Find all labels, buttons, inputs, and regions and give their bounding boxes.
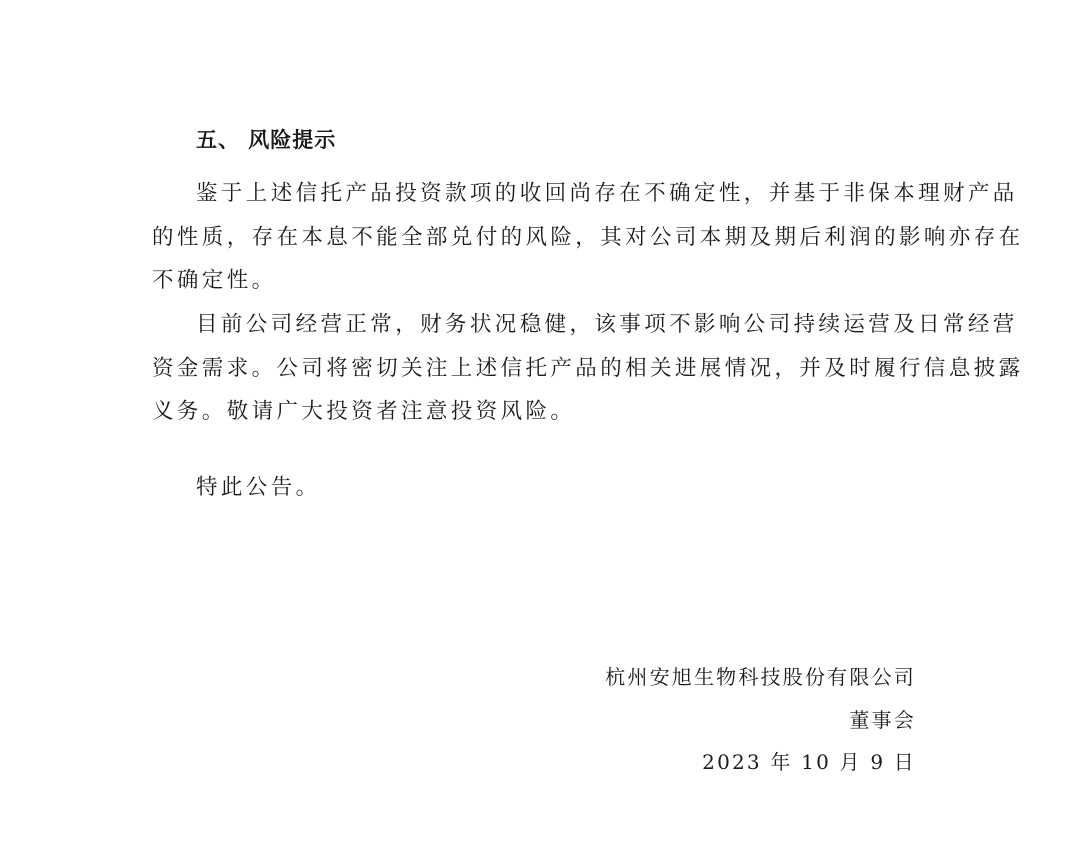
signature-company: 杭州安旭生物科技股份有限公司 [605, 663, 916, 691]
paragraph-2-line-2: 资金需求。公司将密切关注上述信托产品的相关进展情况，并及时履行信息披露 [152, 355, 1024, 383]
paragraph-1-line-3: 不确定性。 [152, 267, 277, 295]
paragraph-2-line-1: 目前公司经营正常，财务状况稳健，该事项不影响公司持续运营及日常经营 [196, 311, 1018, 339]
closing-statement: 特此公告。 [196, 474, 321, 502]
signature-date: 2023 年 10 月 9 日 [702, 748, 916, 776]
signature-board: 董事会 [849, 706, 916, 734]
paragraph-2-line-3: 义务。敬请广大投资者注意投资风险。 [152, 398, 575, 426]
paragraph-1-line-1: 鉴于上述信托产品投资款项的收回尚存在不确定性，并基于非保本理财产品 [196, 180, 1018, 208]
section-heading: 五、 风险提示 [196, 126, 336, 154]
paragraph-1-line-2: 的性质，存在本息不能全部兑付的风险，其对公司本期及期后利润的影响亦存在 [152, 224, 1024, 252]
document-page: 五、 风险提示 鉴于上述信托产品投资款项的收回尚存在不确定性，并基于非保本理财产… [0, 0, 1080, 845]
